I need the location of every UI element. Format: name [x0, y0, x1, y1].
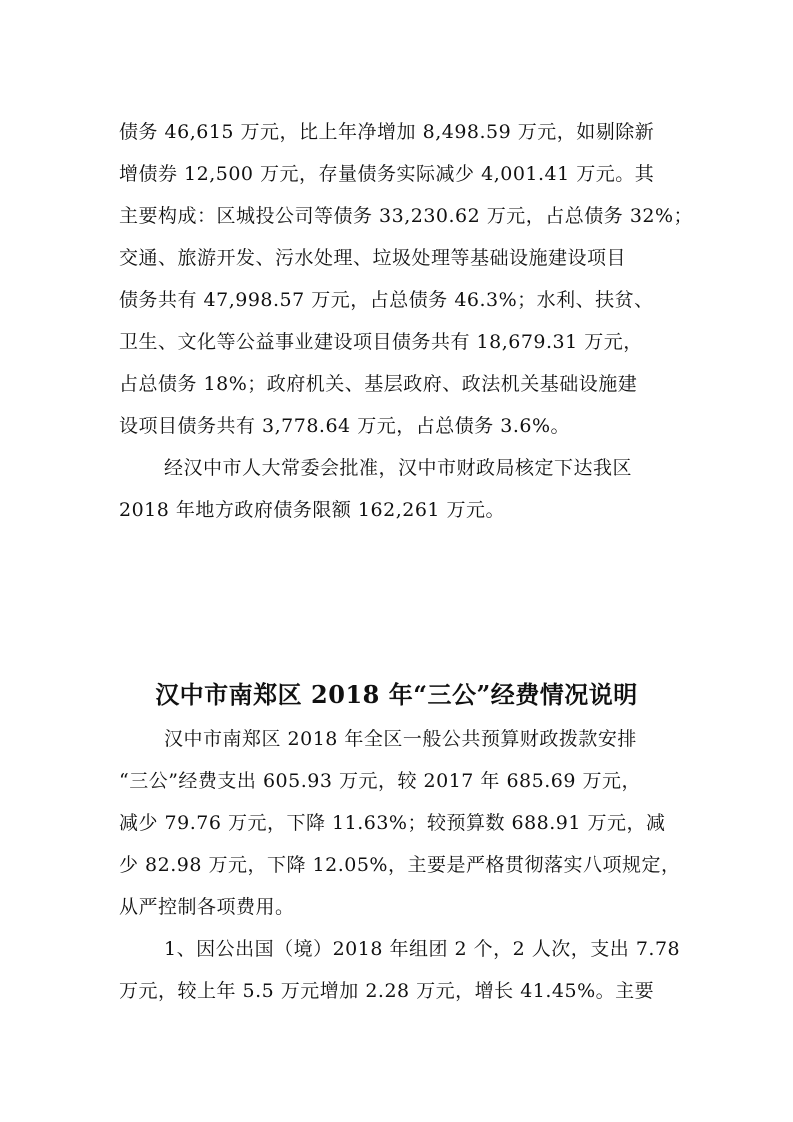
- text-line: 经汉中市人大常委会批准，汉中市财政局核定下达我区: [164, 456, 679, 480]
- text-line: 从严控制各项费用。: [119, 895, 679, 919]
- text-line: 增债券 12,500 万元，存量债务实际减少 4,001.41 万元。其: [119, 162, 679, 186]
- text-line: 汉中市南郑区 2018 年全区一般公共预算财政拨款安排: [164, 727, 679, 751]
- text-line: 主要构成：区城投公司等债务 33,230.62 万元，占总债务 32%；: [119, 204, 679, 228]
- text-line: 债务共有 47,998.57 万元，占总债务 46.3%；水利、扶贫、: [119, 288, 679, 312]
- text-line: 万元，较上年 5.5 万元增加 2.28 万元，增长 41.45%。主要: [119, 979, 679, 1003]
- text-line: 2018 年地方政府债务限额 162,261 万元。: [119, 498, 679, 522]
- section-title: 汉中市南郑区 2018 年“三公”经费情况说明: [0, 680, 793, 710]
- text-line: 减少 79.76 万元，下降 11.63%；较预算数 688.91 万元，减: [119, 811, 679, 835]
- text-line: 卫生、文化等公益事业建设项目债务共有 18,679.31 万元，: [119, 330, 679, 354]
- text-line: 交通、旅游开发、污水处理、垃圾处理等基础设施建设项目: [119, 246, 679, 270]
- text-line: 1、因公出国（境）2018 年组团 2 个，2 人次，支出 7.78: [164, 937, 679, 961]
- text-line: 设项目债务共有 3,778.64 万元，占总债务 3.6%。: [119, 414, 679, 438]
- text-line: “三公”经费支出 605.93 万元，较 2017 年 685.69 万元，: [119, 769, 679, 793]
- text-line: 占总债务 18%；政府机关、基层政府、政法机关基础设施建: [119, 372, 679, 396]
- text-line: 债务 46,615 万元，比上年净增加 8,498.59 万元，如剔除新: [119, 120, 679, 144]
- document-page: 债务 46,615 万元，比上年净增加 8,498.59 万元，如剔除新 增债券…: [0, 0, 793, 1122]
- text-line: 少 82.98 万元，下降 12.05%，主要是严格贯彻落实八项规定，: [119, 853, 679, 877]
